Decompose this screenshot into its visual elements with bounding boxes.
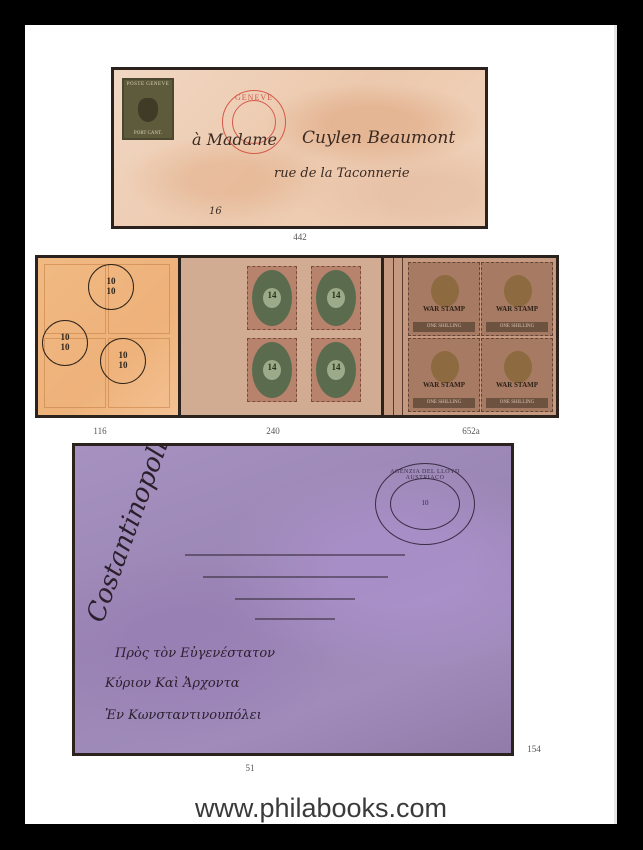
address-line-4: 16	[209, 206, 222, 217]
margin-rule	[402, 258, 403, 415]
lot-442-cover[interactable]: POSTE GENEVE PORT CANT. GENEVE à Madame …	[111, 67, 488, 229]
lot-116-block[interactable]: 10 10 10 10 10 10	[38, 258, 178, 415]
stamp-blocks-row: 10 10 10 10 10 10 14 14 14 14 WAR STAMPO…	[35, 255, 559, 418]
address-line-3: rue de la Taconnerie	[274, 166, 410, 181]
address-line-2: Cuylen Beaumont	[302, 128, 455, 148]
war-stamp: WAR STAMPONE SHILLING	[481, 338, 553, 412]
address-line-2: Κύριον Καὶ Ἀρχοντα	[105, 676, 240, 691]
destination-script: Costantinopoli	[81, 443, 175, 626]
lot-number-116: 116	[80, 426, 120, 436]
lot-51-cover[interactable]: AGENZIA DEL LLOYD AUSTRIACO 10 Costantin…	[72, 443, 514, 756]
ottoman-script-line	[203, 576, 388, 578]
war-stamp: WAR STAMPONE SHILLING	[408, 262, 480, 336]
lugos-cancel: 10 10	[88, 264, 134, 310]
dwi-stamp: 14	[311, 338, 361, 402]
footer-url[interactable]: www.philabooks.com	[25, 793, 617, 824]
address-line-3: Ἐν Κωνσταντινουπόλει	[105, 708, 262, 723]
lot-number-51: 51	[230, 763, 270, 773]
address-line-1: Πρὸς τὸν Εὐγενέστατον	[115, 646, 275, 661]
dwi-stamp: 14	[311, 266, 361, 330]
margin-rule	[393, 258, 394, 415]
war-stamp: WAR STAMPONE SHILLING	[481, 262, 553, 336]
cachet-text: AGENZIA DEL LLOYD AUSTRIACO	[376, 469, 474, 481]
lot-652a-block[interactable]: WAR STAMPONE SHILLING WAR STAMPONE SHILL…	[384, 258, 556, 415]
coat-of-arms-icon	[138, 98, 158, 122]
lot-number-240: 240	[253, 426, 293, 436]
lot-number-442: 442	[280, 232, 320, 242]
war-stamp: WAR STAMPONE SHILLING	[408, 338, 480, 412]
ottoman-script-line	[185, 554, 405, 556]
lot-number-652a: 652a	[451, 426, 491, 436]
geneva-stamp: POSTE GENEVE PORT CANT.	[122, 78, 174, 140]
stamp-header: POSTE GENEVE	[126, 82, 170, 87]
address-line-1: à Madame	[192, 130, 277, 149]
page-edge	[614, 25, 617, 824]
dwi-stamp: 14	[247, 338, 297, 402]
ottoman-script-line	[235, 598, 355, 600]
stamp-footer: PORT CANT.	[126, 131, 170, 136]
lugos-cancel: 10 10	[42, 320, 88, 366]
side-label-154: 154	[520, 744, 548, 754]
lloyd-cachet: AGENZIA DEL LLOYD AUSTRIACO 10	[375, 463, 475, 545]
lot-240-block[interactable]: 14 14 14 14	[181, 258, 381, 415]
lugos-cancel: 10 10	[100, 338, 146, 384]
cachet-date: 10	[376, 499, 474, 507]
ottoman-script-line	[255, 618, 335, 620]
dwi-stamp: 14	[247, 266, 297, 330]
postmark-town: GENEVE	[223, 93, 285, 102]
